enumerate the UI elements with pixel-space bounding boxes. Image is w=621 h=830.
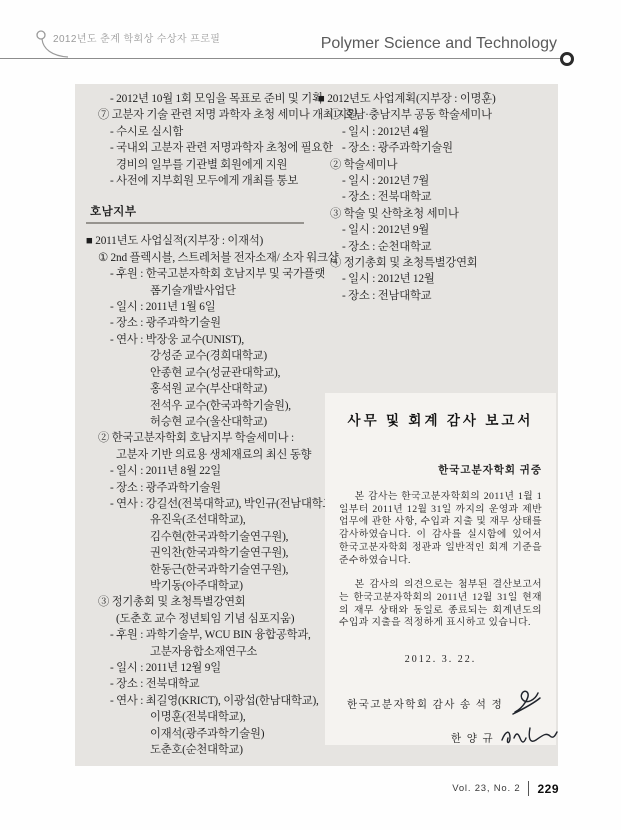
audit-report-date: 2012. 3. 22.: [339, 654, 542, 665]
text-line: - 일시 : 2012년 4월: [318, 124, 549, 140]
signature-scribble-icon: [500, 724, 558, 748]
text-line: 고분자융합소재연구소: [86, 644, 316, 660]
text-line: - 장소 : 전남대학교: [318, 288, 549, 304]
text-line: - 수시로 실시함: [86, 124, 316, 140]
text-line: ④ 정기총회 및 초청특별강연회: [318, 255, 549, 271]
audit-report-recipient: 한국고분자학회 귀중: [339, 462, 542, 477]
text-line: - 장소 : 전북대학교: [318, 189, 549, 205]
right-plan-lines: ■ 2012년도 사업계획(지부장 : 이명훈)① 호남·충남지부 공동 학술세…: [318, 91, 549, 304]
left-body-lines: ■ 2011년도 사업실적(지부장 : 이재석)① 2nd 플렉시블, 스트레처…: [86, 233, 316, 758]
text-line: 한동근(한국과학기술연구원),: [86, 562, 316, 578]
text-line: 경비의 일부를 기관별 회원에게 지원: [86, 157, 316, 173]
auditor-name-1: 한국고분자학회 감사 송 석 정: [347, 699, 503, 710]
text-line: - 국내외 고분자 관련 저명과학자 초청에 필요한: [86, 140, 316, 156]
text-line: 안종현 교수(성균관대학교),: [86, 365, 316, 381]
text-line: - 장소 : 광주과학기술원: [86, 480, 316, 496]
page-footer: Vol. 23, No. 2 229: [452, 781, 559, 796]
text-line: ① 2nd 플렉시블, 스트레처블 전자소재/ 소자 워크샵: [86, 250, 316, 266]
text-line: - 연사 : 강길선(전북대학교), 박인규(전남대학교),: [86, 496, 316, 512]
text-line: - 장소 : 광주과학기술원: [318, 140, 549, 156]
text-line: - 일시 : 2012년 7월: [318, 173, 549, 189]
left-intro-lines: - 2012년 10월 1회 모임을 목표로 준비 및 기획⑦ 고분자 기술 관…: [86, 91, 316, 189]
section-header-honam: 호남지부: [86, 203, 304, 224]
text-line: - 장소 : 전북대학교: [86, 676, 316, 692]
text-line: ② 한국고분자학회 호남지부 학술세미나 :: [86, 430, 316, 446]
text-line: - 후원 : 과학기술부, WCU BIN 융합공학과,: [86, 627, 316, 643]
audit-paragraph-2: 본 감사의 의견으로는 첨부된 결산보고서는 한국고분자학회의 2011년 12…: [339, 579, 542, 630]
text-line: 이명훈(전북대학교),: [86, 709, 316, 725]
journal-page: 2012년도 춘계 학회상 수상자 프로필 Polymer Science an…: [0, 0, 621, 830]
page-number: 229: [537, 782, 559, 796]
text-line: - 2012년 10월 1회 모임을 목표로 준비 및 기획: [86, 91, 316, 107]
text-line: - 일시 : 2011년 8월 22일: [86, 463, 316, 479]
text-line: ② 학술세미나: [318, 157, 549, 173]
volume-label: Vol. 23, No. 2: [452, 783, 520, 794]
right-column: ■ 2012년도 사업계획(지부장 : 이명훈)① 호남·충남지부 공동 학술세…: [318, 91, 549, 304]
content-block: - 2012년 10월 1회 모임을 목표로 준비 및 기획⑦ 고분자 기술 관…: [75, 84, 558, 766]
text-line: ① 호남·충남지부 공동 학술세미나: [318, 107, 549, 123]
header-ring-icon: [560, 52, 574, 66]
header-rule: [0, 58, 568, 59]
journal-title: Polymer Science and Technology: [321, 35, 557, 53]
text-line: - 일시 : 2012년 9월: [318, 222, 549, 238]
text-line: - 장소 : 광주과학기술원: [86, 315, 316, 331]
text-line: ■ 2011년도 사업실적(지부장 : 이재석): [86, 233, 316, 249]
text-line: - 연사 : 최길영(KRICT), 이광섭(한남대학교),: [86, 693, 316, 709]
text-line: 도춘호(순천대학교): [86, 742, 316, 758]
text-line: - 일시 : 2012년 12월: [318, 271, 549, 287]
text-line: - 사전에 지부회원 모두에게 개최를 통보: [86, 173, 316, 189]
audit-report-title: 사무 및 회계 감사 보고서: [339, 409, 542, 429]
audit-paragraph-1: 본 감사는 한국고분자학회의 2011년 1월 1일부터 2011년 12월 3…: [339, 491, 542, 567]
signature-row-2: 한 양 규: [451, 727, 542, 751]
text-line: 허승현 교수(울산대학교): [86, 414, 316, 430]
text-line: - 장소 : 순천대학교: [318, 239, 549, 255]
text-line: 고분자 기반 의료용 생체재료의 최신 동향: [86, 447, 316, 463]
text-line: 강성준 교수(경희대학교): [86, 348, 316, 364]
text-line: 권익찬(한국과학기술연구원),: [86, 545, 316, 561]
text-line: (도춘호 교수 정년퇴임 기념 심포지움): [86, 611, 316, 627]
text-line: 홍석원 교수(부산대학교): [86, 381, 316, 397]
text-line: ■ 2012년도 사업계획(지부장 : 이명훈): [318, 91, 549, 107]
audit-report-box: 사무 및 회계 감사 보고서 한국고분자학회 귀중 본 감사는 한국고분자학회의…: [325, 393, 556, 745]
page-topic-label: 2012년도 춘계 학회상 수상자 프로필: [53, 30, 220, 45]
text-line: ⑦ 고분자 기술 관련 저명 과학자 초청 세미나 개최 지원: [86, 107, 316, 123]
text-line: 폼기술개발사업단: [86, 283, 316, 299]
text-line: - 일시 : 2011년 12월 9일: [86, 660, 316, 676]
text-line: - 일시 : 2011년 1월 6일: [86, 299, 316, 315]
text-line: 박기동(아주대학교): [86, 578, 316, 594]
text-line: 김수현(한국과학기술연구원),: [86, 529, 316, 545]
signature-row-1: 한국고분자학회 감사 송 석 정: [347, 691, 542, 719]
footer-divider: [528, 781, 529, 796]
signature-scribble-icon: [509, 688, 543, 716]
text-line: ③ 학술 및 산학초청 세미나: [318, 206, 549, 222]
text-line: ③ 정기총회 및 초청특별강연회: [86, 594, 316, 610]
text-line: 전석우 교수(한국과학기술원),: [86, 398, 316, 414]
auditor-name-2: 한 양 규: [451, 733, 494, 744]
text-line: - 연사 : 박장웅 교수(UNIST),: [86, 332, 316, 348]
text-line: 유진욱(조선대학교),: [86, 512, 316, 528]
text-line: - 후원 : 한국고분자학회 호남지부 및 국가플랫: [86, 266, 316, 282]
left-column: - 2012년 10월 1회 모임을 목표로 준비 및 기획⑦ 고분자 기술 관…: [86, 91, 316, 758]
text-line: 이재석(광주과학기술원): [86, 726, 316, 742]
